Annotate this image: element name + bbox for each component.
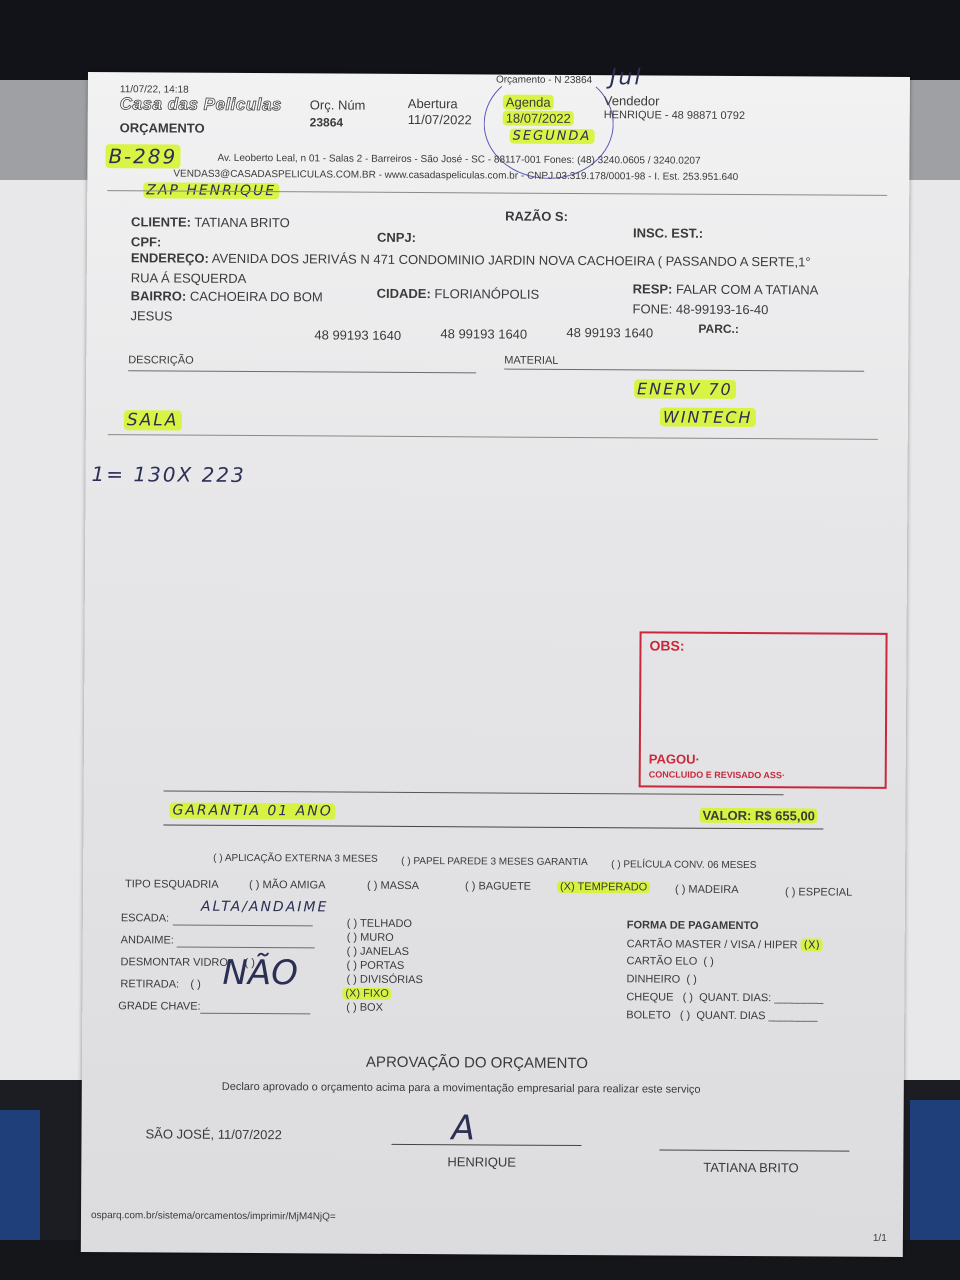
agenda-weekday-note: SEGUNDA [510, 129, 595, 145]
document-title: ORÇAMENTO [120, 120, 205, 136]
phone-3: 48 99193 1640 [566, 325, 653, 341]
approval-statement: Declaro aprovado o orçamento acima para … [222, 1081, 701, 1096]
approval-title: APROVAÇÃO DO ORÇAMENTO [366, 1054, 588, 1072]
signer-vendor: HENRIQUE [447, 1154, 516, 1169]
descricao-underline [128, 370, 476, 373]
cliente-value: TATIANA BRITO [194, 215, 289, 231]
guarantee-option-2[interactable]: ( ) PAPEL PAREDE 3 MESES GARANTIA [401, 856, 588, 868]
andaime-underline [177, 947, 315, 949]
signature-line-vendor [391, 1144, 581, 1146]
place-date: SÃO JOSÉ, 11/07/2022 [145, 1126, 281, 1142]
location-janelas[interactable]: ( ) JANELAS [347, 946, 409, 958]
esquadria-mao-amiga[interactable]: ( ) MÃO AMIGA [249, 879, 325, 891]
pagou-label: PAGOU· [649, 751, 700, 766]
brand-logo: Casa das Peliculas [120, 94, 282, 115]
bairro-value: CACHOEIRA DO BOM [190, 289, 323, 305]
material-handwritten-2: WINTECH [660, 408, 756, 428]
cpf-label: CPF: [131, 234, 161, 249]
vendor-signature-scribble: A [451, 1108, 475, 1148]
quote-document: 11/07/22, 14:18 Casa das Peliculas ORÇAM… [81, 72, 910, 1257]
location-muro[interactable]: ( ) MURO [347, 932, 394, 944]
location-box[interactable]: ( ) BOX [346, 1002, 383, 1014]
grade-chave-underline [200, 1013, 310, 1015]
location-divisorias[interactable]: ( ) DIVISÓRIAS [346, 974, 422, 986]
payment-card-elo[interactable]: CARTÃO ELO ( ) [627, 955, 714, 968]
descricao-handwritten: SALA [124, 410, 182, 430]
esquadria-madeira[interactable]: ( ) MADEIRA [675, 884, 739, 896]
cliente-field: CLIENTE: TATIANA BRITO [131, 214, 290, 230]
esquadria-baguete[interactable]: ( ) BAGUETE [465, 880, 531, 892]
payment-boleto-checkbox[interactable]: ( ) [680, 1010, 690, 1022]
retirada-label: RETIRADA: [120, 978, 179, 990]
escada-label: ESCADA: [121, 912, 169, 924]
phone-2: 48 99193 1640 [440, 326, 527, 342]
measurement-note: 1= 130X 223 [91, 462, 245, 487]
andaime-label: ANDAIME: [121, 934, 174, 946]
background-blue-left [0, 1110, 40, 1250]
orcamento-reference: Orçamento - N 23864 [496, 74, 592, 86]
cidade-field: CIDADE: FLORIANÓPOLIS [377, 286, 540, 302]
bairro-continuation: JESUS [130, 308, 172, 323]
orc-num-value: 23864 [310, 115, 343, 129]
escada-handwritten: ALTA/ANDAIME [201, 899, 329, 916]
agenda-date: 18/07/2022 [503, 111, 574, 126]
items-divider [108, 434, 878, 440]
esquadria-especial[interactable]: ( ) ESPECIAL [785, 886, 852, 898]
escada-underline [173, 925, 313, 927]
abertura-value: 11/07/2022 [408, 112, 472, 127]
cnpj-label: CNPJ: [377, 230, 416, 245]
valor-underline [163, 824, 823, 829]
concluido-label: CONCLUIDO E REVISADO ASS· [649, 769, 785, 780]
endereco-continuation: RUA Á ESQUERDA [131, 270, 247, 286]
material-label: MATERIAL [504, 355, 558, 367]
material-underline [504, 369, 864, 372]
vendedor-value: HENRIQUE - 48 98871 0792 [604, 109, 745, 122]
payment-card-elo-checkbox[interactable]: ( ) [703, 956, 713, 968]
parc-label: PARC.: [698, 322, 739, 336]
footer-url: osparq.com.br/sistema/orcamentos/imprimi… [91, 1210, 336, 1222]
payment-cheque-days[interactable]: QUANT. DIAS: ________ [699, 992, 823, 1005]
fone-value: FONE: 48-99193-16-40 [633, 301, 769, 317]
signer-client: TATIANA BRITO [703, 1160, 798, 1176]
phone-1: 48 99193 1640 [314, 327, 401, 343]
obs-stamp: OBS: PAGOU· CONCLUIDO E REVISADO ASS· [639, 631, 888, 789]
obs-divider [164, 790, 784, 795]
payment-boleto-days[interactable]: QUANT. DIAS ________ [696, 1010, 817, 1023]
obs-label: OBS: [649, 637, 684, 653]
payment-cheque[interactable]: CHEQUE ( ) QUANT. DIAS: ________ [626, 991, 823, 1004]
payment-card-master[interactable]: CARTÃO MASTER / VISA / HIPER (X) [627, 937, 823, 951]
insc-est-label: INSC. EST.: [633, 225, 703, 240]
company-address: Av. Leoberto Leal, n 01 - Salas 2 - Barr… [217, 153, 700, 167]
payment-card-master-checkbox[interactable]: (X) [801, 938, 823, 951]
garantia-note: GARANTIA 01 ANO [169, 803, 335, 820]
abertura-label: Abertura [408, 96, 458, 111]
resp-value: FALAR COM A TATIANA [676, 282, 818, 298]
esquadria-label: TIPO ESQUADRIA [125, 878, 219, 891]
payment-boleto[interactable]: BOLETO ( ) QUANT. DIAS ________ [626, 1009, 817, 1022]
location-portas[interactable]: ( ) PORTAS [347, 960, 405, 972]
desmontar-vidro-label: DESMONTAR VIDRO [121, 956, 228, 969]
nao-handwritten: NÃO [222, 953, 298, 993]
orc-num-label: Orç. Núm [310, 97, 366, 112]
grade-chave-label: GRADE CHAVE: [118, 1000, 200, 1013]
endereco-field: ENDEREÇO: AVENIDA DOS JERIVÁS N 471 COND… [131, 250, 811, 269]
location-telhado[interactable]: ( ) TELHADO [347, 918, 412, 930]
payment-dinheiro[interactable]: DINHEIRO ( ) [626, 973, 696, 985]
guarantee-option-1[interactable]: ( ) APLICAÇÃO EXTERNA 3 MESES [213, 853, 378, 865]
resp-field: RESP: FALAR COM A TATIANA [633, 281, 819, 297]
handwritten-initials: Jul [610, 65, 643, 90]
retirada-checkbox[interactable]: ( ) [190, 979, 200, 991]
company-contact: VENDAS3@CASADASPELICULAS.COM.BR - www.ca… [173, 169, 738, 183]
material-handwritten-1: ENERV 70 [634, 379, 736, 399]
page-number: 1/1 [873, 1233, 887, 1244]
cidade-value: FLORIANÓPOLIS [434, 286, 539, 302]
payment-cheque-checkbox[interactable]: ( ) [683, 992, 693, 1004]
descricao-label: DESCRIÇÃO [128, 354, 193, 366]
box-code-note: B-289 [105, 144, 180, 168]
payment-title: FORMA DE PAGAMENTO [627, 919, 759, 932]
esquadria-temperado-checked[interactable]: (X) TEMPERADO [557, 881, 650, 894]
guarantee-option-3[interactable]: ( ) PELÍCULA CONV. 06 MESES [611, 859, 756, 871]
vendedor-label: Vendedor [604, 93, 660, 108]
background-dark-top [0, 0, 960, 80]
agenda-label: Agenda [503, 95, 554, 110]
signature-line-client [659, 1150, 849, 1152]
valor-total: VALOR: R$ 655,00 [699, 808, 818, 824]
bairro-field: BAIRRO: CACHOEIRA DO BOM [131, 288, 323, 304]
endereco-value: AVENIDA DOS JERIVÁS N 471 CONDOMINIO JAR… [212, 251, 811, 270]
razao-label: RAZÃO S: [505, 209, 568, 224]
location-fixo-checked[interactable]: (X) FIXO [342, 988, 391, 1000]
payment-dinheiro-checkbox[interactable]: ( ) [686, 974, 696, 986]
background-blue-right [910, 1100, 960, 1250]
esquadria-massa[interactable]: ( ) MASSA [367, 880, 419, 892]
